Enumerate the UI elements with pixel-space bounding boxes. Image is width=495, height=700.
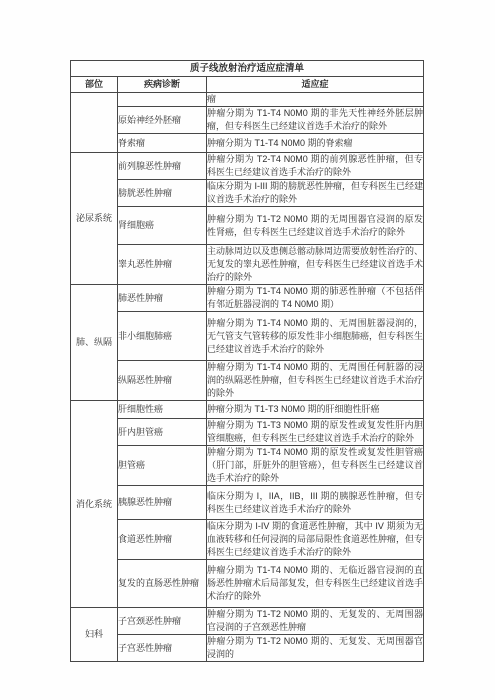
indication-cell: 肿瘤分期为 T1-T4 N0M0 期的肺恶性肿瘤（不包括伴有邻近脏器浸润的 T4… <box>207 285 424 312</box>
table-row: 胰腺恶性肿瘤 临床分期为 I，IIA，IIB，III 期的胰腺恶性肿瘤，但专科医… <box>71 486 424 520</box>
diagnosis-cell: 肾细胞癌 <box>118 207 207 245</box>
part-cell: 肺、纵隔 <box>71 285 118 401</box>
col-header-part: 部位 <box>71 77 118 93</box>
table-row: 非小细胞肺癌 肿瘤分期为 T1-T4 N0M0 期的、无周围脏器浸润的，无气管支… <box>71 312 424 361</box>
table-row: 纵隔恶性肿瘤 肿瘤分期为 T1-T4 N0M0 期的、无周围任何脏器的浸润的纵隔… <box>71 361 424 401</box>
indication-cell: 临床分期为 I，IIA，IIB，III 期的胰腺恶性肿瘤，但专科医生已经建议首选… <box>207 486 424 520</box>
diagnosis-cell: 子宫颈恶性肿瘤 <box>118 608 207 635</box>
indication-cell: 肿瘤分期为 T1-T3 N0M0 期的肝细胞性肝癌 <box>207 401 424 419</box>
diagnosis-cell: 脊索瘤 <box>118 134 207 153</box>
table-title: 质子线放射治疗适应症清单 <box>71 61 424 77</box>
table-row: 泌尿系统 前列腺恶性肿瘤 肿瘤分期为 T2-T4 N0M0 期的前列腺恶性肿瘤，… <box>71 153 424 180</box>
table-row: 脊索瘤 肿瘤分期为 T1-T4 N0M0 期的脊索瘤 <box>71 134 424 153</box>
table-row: 肝内胆管癌 肿瘤分期为 T1-T3 N0M0 期的原发性或复发性肝内胆管细胞癌，… <box>71 419 424 446</box>
diagnosis-cell: 复发的直肠恶性肿瘤 <box>118 560 207 608</box>
diagnosis-cell: 纵隔恶性肿瘤 <box>118 361 207 401</box>
diagnosis-cell: 子宫恶性肿瘤 <box>118 635 207 662</box>
table-row: 食道恶性肿瘤 临床分期为 I-IV 期的食道恶性肿瘤，其中 IV 期须为无血液转… <box>71 520 424 560</box>
indication-cell: 肿瘤分期为 T1-T4 N0M0 期的脊索瘤 <box>207 134 424 153</box>
indication-cell: 肿瘤分期为 T1-T4 N0M0 期的、无临近器官浸润的直肠恶性肿瘤术后局部复发… <box>207 560 424 608</box>
part-cell: 消化系统 <box>71 401 118 608</box>
table-row: 睾丸恶性肿瘤 主动脉周边以及患侧总髂动脉周边需要放射性治疗的、无复发的睾丸恶性肿… <box>71 245 424 285</box>
col-header-diagnosis: 疾病诊断 <box>118 77 207 93</box>
diagnosis-cell: 原始神经外胚瘤 <box>118 107 207 134</box>
header-row: 部位 疾病诊断 适应症 <box>71 77 424 93</box>
table-row: 消化系统 肝细胞性癌 肿瘤分期为 T1-T3 N0M0 期的肝细胞性肝癌 <box>71 401 424 419</box>
diagnosis-cell: 肝内胆管癌 <box>118 419 207 446</box>
indication-cell: 肿瘤分期为 T1-T4 N0M0 期的、无周围脏器浸润的，无气管支气管转移的原发… <box>207 312 424 361</box>
table-row: 瘤 <box>71 93 424 107</box>
col-header-indication: 适应症 <box>207 77 424 93</box>
indication-cell: 肿瘤分期为 T1-T2 N0M0 期的无周围器官浸润的原发性肾癌，但专科医生已经… <box>207 207 424 245</box>
indication-cell: 肿瘤分期为 T1-T2 N0M0 期的、无复发、无周围器官浸润的 <box>207 635 424 662</box>
diagnosis-cell: 膀胱恶性肿瘤 <box>118 180 207 207</box>
diagnosis-cell: 胰腺恶性肿瘤 <box>118 486 207 520</box>
diagnosis-cell: 食道恶性肿瘤 <box>118 520 207 560</box>
table-row: 复发的直肠恶性肿瘤 肿瘤分期为 T1-T4 N0M0 期的、无临近器官浸润的直肠… <box>71 560 424 608</box>
table-row: 膀胱恶性肿瘤 临床分期为 I-III 期的膀胱恶性肿瘤，但专科医生已经建议首选手… <box>71 180 424 207</box>
indication-cell: 肿瘤分期为 T1-T4 N0M0 期的非先天性神经外胚层肿瘤，但专科医生已经建议… <box>207 107 424 134</box>
part-cell: 妇科 <box>71 608 118 662</box>
title-row: 质子线放射治疗适应症清单 <box>71 61 424 77</box>
table-row: 肺、纵隔 肺恶性肿瘤 肿瘤分期为 T1-T4 N0M0 期的肺恶性肿瘤（不包括伴… <box>71 285 424 312</box>
part-cell: 泌尿系统 <box>71 153 118 285</box>
diagnosis-cell <box>118 93 207 107</box>
indication-cell: 肿瘤分期为 T1-T4 N0M0 期的原发性或复发性胆管癌（肝门部，肝脏外的胆管… <box>207 446 424 486</box>
diagnosis-cell: 肺恶性肿瘤 <box>118 285 207 312</box>
indication-cell: 肿瘤分期为 T2-T4 N0M0 期的前列腺恶性肿瘤，但专科医生已经建议首选手术… <box>207 153 424 180</box>
indication-cell: 主动脉周边以及患侧总髂动脉周边需要放射性治疗的、无复发的睾丸恶性肿瘤，但专科医生… <box>207 245 424 285</box>
diagnosis-cell: 非小细胞肺癌 <box>118 312 207 361</box>
table-row: 原始神经外胚瘤 肿瘤分期为 T1-T4 N0M0 期的非先天性神经外胚层肿瘤，但… <box>71 107 424 134</box>
diagnosis-cell: 胆管癌 <box>118 446 207 486</box>
indication-cell: 临床分期为 I-III 期的膀胱恶性肿瘤，但专科医生已经建议首选手术治疗的除外 <box>207 180 424 207</box>
indication-cell: 肿瘤分期为 T1-T2 N0M0 期的、无复发的、无周围器官浸润的子宫颈恶性肿瘤 <box>207 608 424 635</box>
indication-cell: 瘤 <box>207 93 424 107</box>
indication-cell: 肿瘤分期为 T1-T4 N0M0 期的、无周围任何脏器的浸润的纵隔恶性肿瘤，但专… <box>207 361 424 401</box>
table-row: 子宫恶性肿瘤 肿瘤分期为 T1-T2 N0M0 期的、无复发、无周围器官浸润的 <box>71 635 424 662</box>
table-row: 胆管癌 肿瘤分期为 T1-T4 N0M0 期的原发性或复发性胆管癌（肝门部，肝脏… <box>71 446 424 486</box>
table-row: 肾细胞癌 肿瘤分期为 T1-T2 N0M0 期的无周围器官浸润的原发性肾癌，但专… <box>71 207 424 245</box>
diagnosis-cell: 肝细胞性癌 <box>118 401 207 419</box>
proton-therapy-indication-table: 质子线放射治疗适应症清单 部位 疾病诊断 适应症 瘤 原始神经外胚瘤 肿瘤分期为… <box>70 60 424 662</box>
part-cell <box>71 93 118 153</box>
document-page: 质子线放射治疗适应症清单 部位 疾病诊断 适应症 瘤 原始神经外胚瘤 肿瘤分期为… <box>0 0 495 700</box>
diagnosis-cell: 睾丸恶性肿瘤 <box>118 245 207 285</box>
indication-cell: 肿瘤分期为 T1-T3 N0M0 期的原发性或复发性肝内胆管细胞癌，但专科医生已… <box>207 419 424 446</box>
indication-cell: 临床分期为 I-IV 期的食道恶性肿瘤，其中 IV 期须为无血液转移和任何浸润的… <box>207 520 424 560</box>
table-row: 妇科 子宫颈恶性肿瘤 肿瘤分期为 T1-T2 N0M0 期的、无复发的、无周围器… <box>71 608 424 635</box>
diagnosis-cell: 前列腺恶性肿瘤 <box>118 153 207 180</box>
